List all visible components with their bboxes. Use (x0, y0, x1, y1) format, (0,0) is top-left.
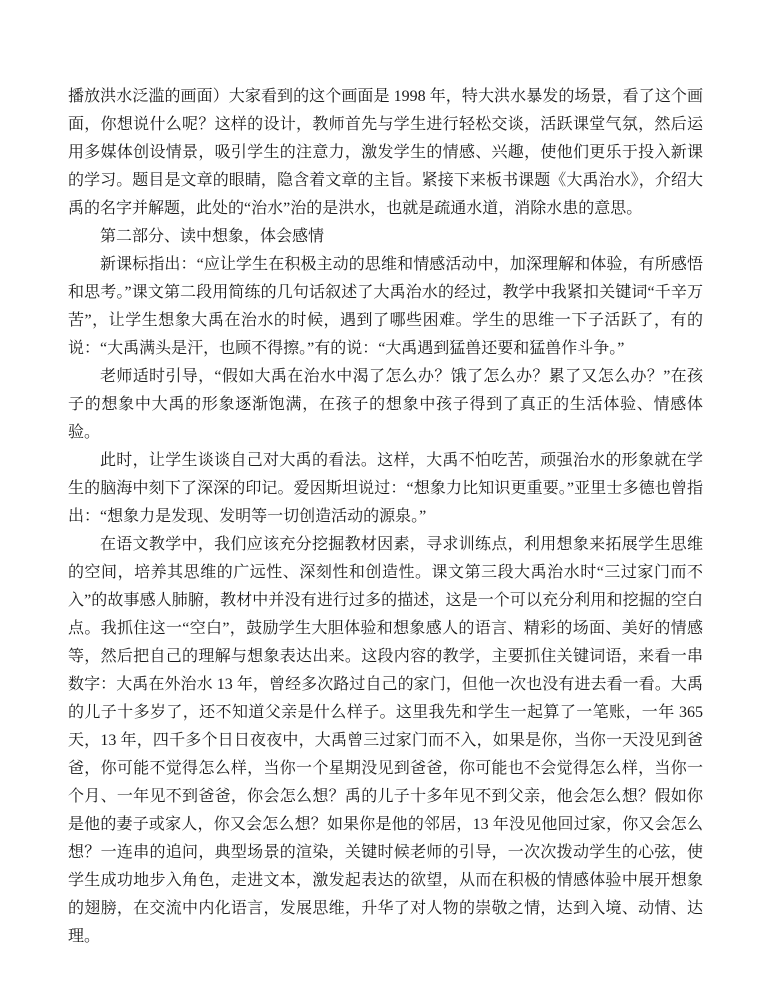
section-heading-part-two: 第二部分、读中想象，体会感情 (68, 223, 703, 251)
paragraph-curriculum-standard: 新课标指出：“应让学生在积极主动的思维和情感活动中，加深理解和体验，有所感悟和思… (68, 251, 703, 363)
paragraph-imagination-teaching: 在语文教学中，我们应该充分挖掘教材因素，寻求训练点，利用想象来拓展学生思维的空间… (68, 531, 703, 951)
document-page: 播放洪水泛滥的画面）大家看到的这个画面是 1998 年，特大洪水暴发的场景，看了… (0, 0, 770, 1000)
paragraph-intro-continuation: 播放洪水泛滥的画面）大家看到的这个画面是 1998 年，特大洪水暴发的场景，看了… (68, 83, 703, 223)
paragraph-student-opinions: 此时，让学生谈谈自己对大禹的看法。这样，大禹不怕吃苦，顽强治水的形象就在学生的脑… (68, 447, 703, 531)
paragraph-teacher-guidance: 老师适时引导，“假如大禹在治水中渴了怎么办？饿了怎么办？累了又怎么办？”在孩子的… (68, 363, 703, 447)
